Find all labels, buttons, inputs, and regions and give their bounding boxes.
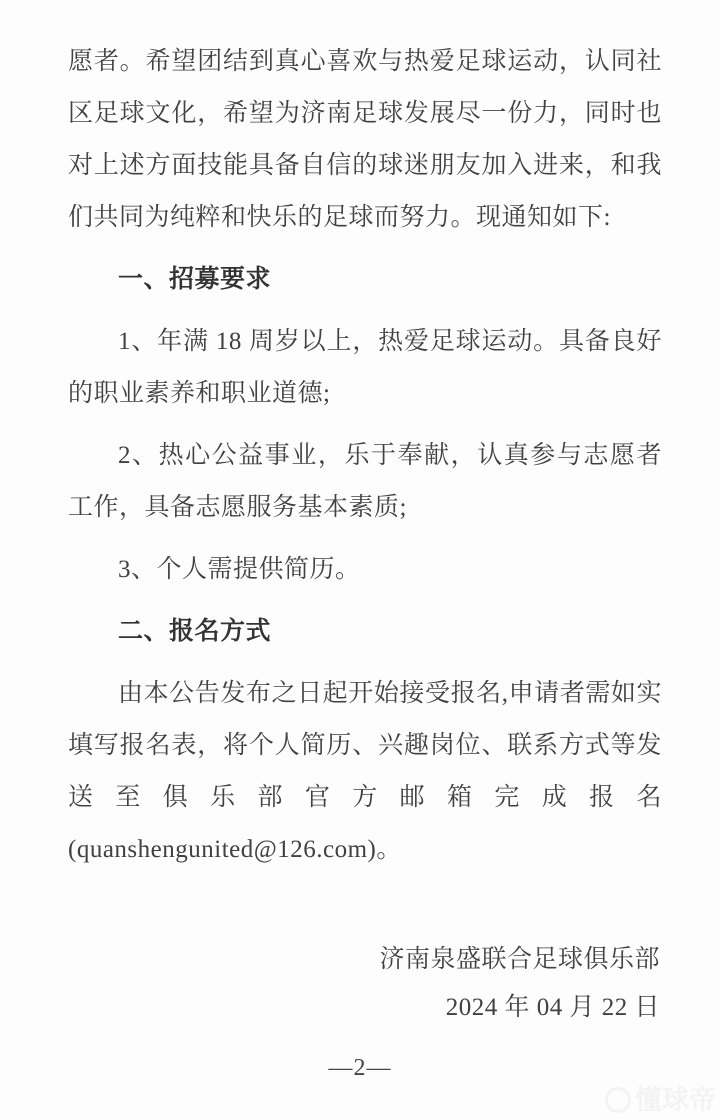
application-instructions-paragraph: 由本公告发布之日起开始接受报名,申请者需如实填写报名表，将个人简历、兴趣岗位、联…: [68, 668, 662, 876]
document-content: 愿者。希望团结到真心喜欢与热爱足球运动，认同社区足球文化，希望为济南足球发展尽一…: [68, 36, 662, 1032]
requirement-item-2: 2、热心公益事业，乐于奉献，认真参与志愿者工作，具备志愿服务基本素质;: [68, 430, 662, 534]
watermark: 懂球帝: [605, 1084, 716, 1116]
signature-block: 济南泉盛联合足球俱乐部 2024 年 04 月 22 日: [68, 936, 662, 1032]
paragraph-continuation: 愿者。希望团结到真心喜欢与热爱足球运动，认同社区足球文化，希望为济南足球发展尽一…: [68, 36, 662, 244]
requirement-item-1: 1、年满 18 周岁以上，热爱足球运动。具备良好的职业素养和职业道德;: [68, 316, 662, 420]
section1-heading: 一、招募要求: [68, 254, 662, 306]
requirement-item-3: 3、个人需提供简历。: [68, 544, 662, 596]
signature-organization: 济南泉盛联合足球俱乐部: [68, 936, 660, 984]
watermark-text: 懂球帝: [635, 1084, 716, 1116]
document-page: 愿者。希望团结到真心喜欢与热爱足球运动，认同社区足球文化，希望为济南足球发展尽一…: [0, 0, 720, 1120]
section2-heading: 二、报名方式: [68, 606, 662, 658]
watermark-logo-icon: [605, 1087, 631, 1113]
signature-date: 2024 年 04 月 22 日: [68, 984, 660, 1032]
